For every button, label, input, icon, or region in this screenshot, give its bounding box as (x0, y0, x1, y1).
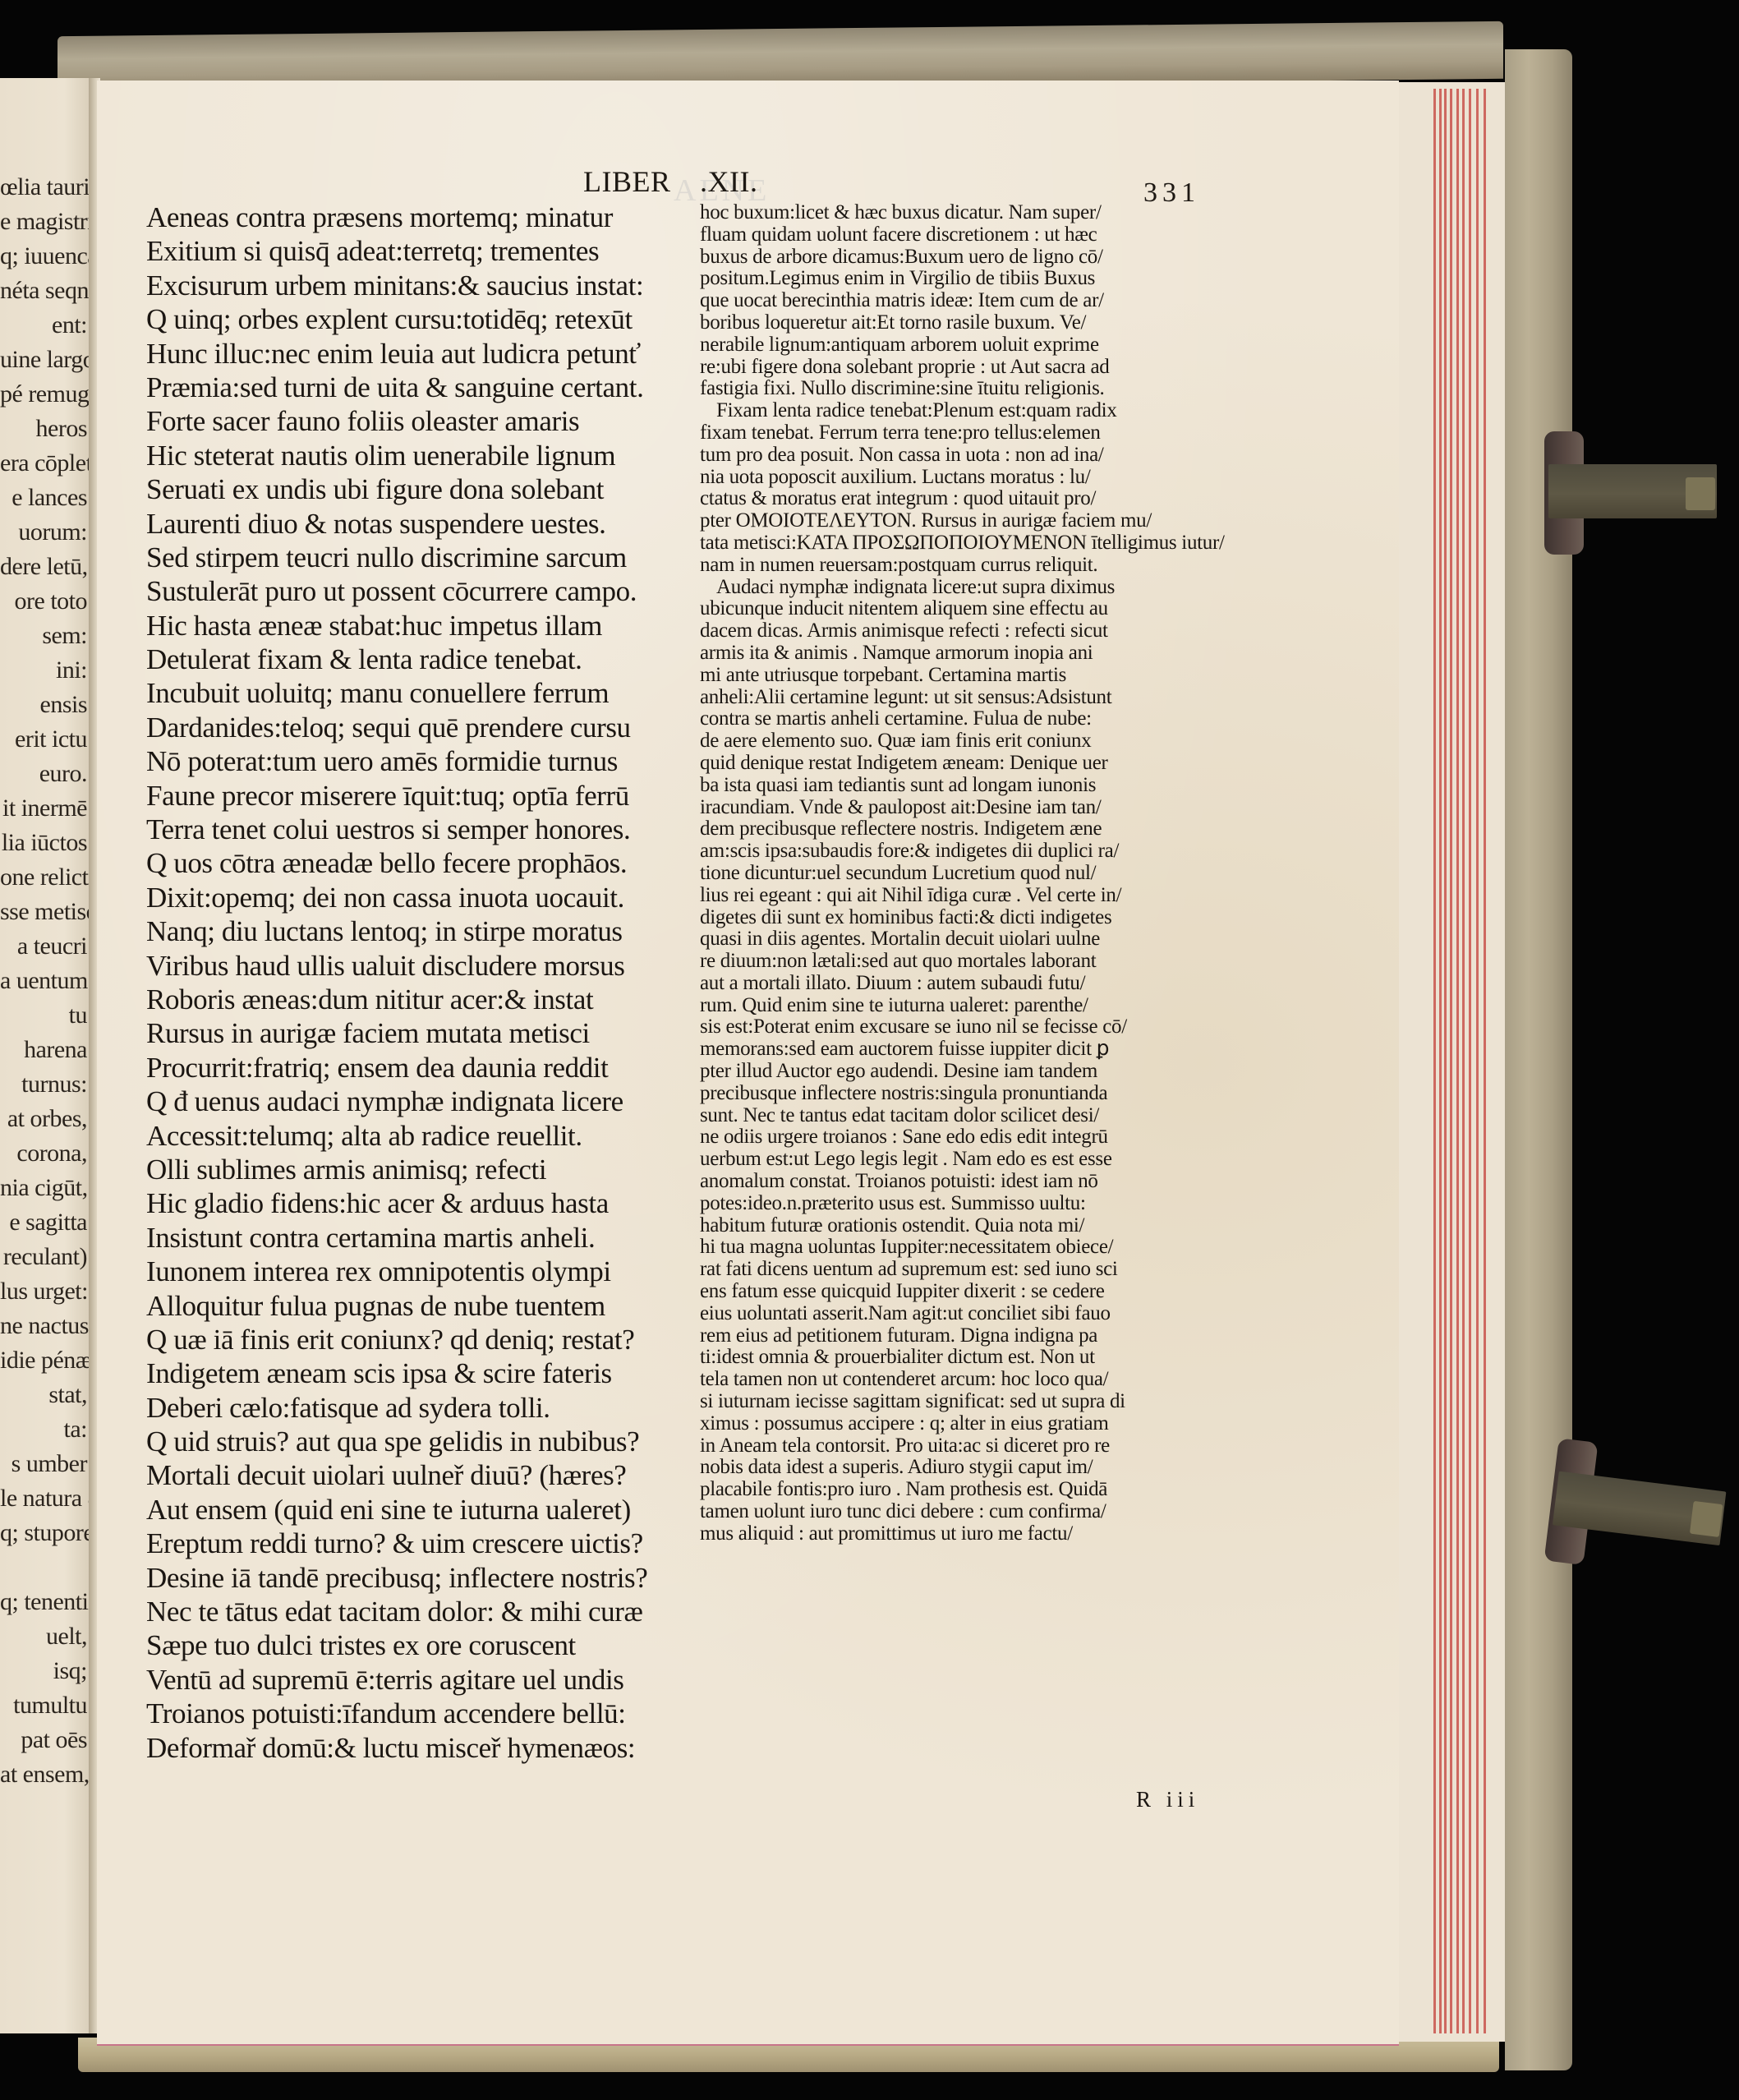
facing-page-line: nia cigūt, (0, 1171, 92, 1205)
verse-line: Sed stirpem teucri nullo discrimine sarc… (146, 541, 705, 574)
commentary-line: ba ista quasi iam tediantis sunt ad long… (700, 775, 1250, 797)
verse-line: Sustulerāt puro ut possent cōcurrere cam… (146, 574, 705, 608)
facing-page-line: pat oēs (0, 1723, 92, 1757)
commentary-line: hoc buxum:licet & hæc buxus dicatur. Nam… (700, 202, 1250, 224)
verse-line: Q uæ iā finis erit coniunx? qd deniq; re… (146, 1323, 705, 1356)
commentary-line: am:scis ipsa:subaudis fore:& indigetes d… (700, 840, 1250, 863)
commentary-line: ens fatum esse quicquid Iuppiter dixerit… (700, 1281, 1250, 1303)
commentary-line: precibusque inflectere nostris:singula p… (700, 1083, 1250, 1105)
verse-line: Desine iā tandē precibusq; inflectere no… (146, 1561, 705, 1595)
red-edge-stripe (1484, 89, 1486, 2033)
red-edge-stripe (1462, 89, 1465, 2033)
commentary-line: tela tamen non ut contenderet arcum: hoc… (700, 1369, 1250, 1391)
facing-page-line: uorum: (0, 515, 92, 550)
verse-line: Viribus haud ullis ualuit discludere mor… (146, 949, 705, 983)
verse-line: Seruati ex undis ubi figure dona soleban… (146, 472, 705, 506)
verse-line: Excisurum urbem minitans:& saucius insta… (146, 269, 705, 302)
commentary-line: ubicunque inducit nitentem aliquem sine … (700, 598, 1250, 620)
commentary-line: fluam quidam uolunt facere discretionem … (700, 224, 1250, 246)
running-head-book: .XII. (700, 165, 757, 198)
running-head: LIBER .XII. (583, 164, 757, 199)
verse-line: Nō poterat:tum uero amēs formidie turnus (146, 744, 705, 778)
commentary-line: pter ΟΜΟΙΟΤΕΛΕΥΤΟΝ. Rursus in aurigæ fac… (700, 510, 1250, 532)
facing-page: œlia taurie magistri,q; iuuencanéta seqn… (0, 78, 92, 2033)
commentary-line: buxus de arbore dicamus:Buxum uero de li… (700, 246, 1250, 269)
verse-line: Q uinq; orbes explent cursu:totidēq; ret… (146, 302, 705, 336)
verse-line: Hic hasta æneæ stabat:huc impetus illam (146, 609, 705, 642)
verse-line: Deberi cælo:fatisque ad sydera tolli. (146, 1391, 705, 1425)
page-block-fore-edge (1398, 82, 1505, 2042)
verse-line: Dixit:opemq; dei non cassa inuota uocaui… (146, 881, 705, 914)
commentary-line: memorans:sed eam auctorem fuisse iuppite… (700, 1038, 1250, 1061)
facing-page-line: tumultu (0, 1688, 92, 1723)
verse-line: Hunc illuc:nec enim leuia aut ludicra pe… (146, 337, 705, 371)
facing-page-line: isq; (0, 1654, 92, 1688)
commentary-line: si iuturnam iecisse sagittam significat:… (700, 1391, 1250, 1413)
verse-line: Rursus in aurigæ faciem mutata metisci (146, 1016, 705, 1050)
commentary-column: hoc buxum:licet & hæc buxus dicatur. Nam… (700, 202, 1250, 1545)
facing-page-line: dere letū, (0, 550, 92, 584)
commentary-line: nia uota poposcit auxilium. Luctans mora… (700, 467, 1250, 489)
commentary-line: aut a mortali illato. Diuum : autem suba… (700, 973, 1250, 995)
commentary-line: sunt. Nec te tantus edat tacitam dolor s… (700, 1105, 1250, 1127)
commentary-line: digetes dii sunt ex hominibus facti:& di… (700, 907, 1250, 929)
verse-line: Procurrit:fratriq; ensem dea daunia redd… (146, 1051, 705, 1085)
commentary-line: fixam tenebat. Ferrum terra tene:pro tel… (700, 422, 1250, 444)
verse-line: Præmia:sed turni de uita & sanguine cert… (146, 371, 705, 404)
running-head-title: LIBER (583, 165, 671, 198)
verse-line: Hic steterat nautis olim uenerabile lign… (146, 439, 705, 472)
facing-page-line: erit ictu (0, 722, 92, 757)
facing-page-line: corona, (0, 1136, 92, 1171)
commentary-line: anheli:Alii certamine legunt: ut sit sen… (700, 687, 1250, 709)
red-edge-stripe (1476, 89, 1479, 2033)
facing-page-line: at orbes, (0, 1102, 92, 1136)
commentary-line: anomalum constat. Troianos potuisti: ide… (700, 1171, 1250, 1193)
binding-fore-edge-board (1505, 49, 1572, 2070)
commentary-line: pter illud Auctor ego audendi. Desine ia… (700, 1061, 1250, 1083)
verse-line: Ereptum reddi turno? & uim crescere uict… (146, 1527, 705, 1560)
verse-line: Accessit:telumq; alta ab radice reuellit… (146, 1119, 705, 1153)
facing-page-line: at ensem, (0, 1757, 92, 1792)
facing-page-line: néta seqnt, (0, 274, 92, 308)
facing-page-line: ensis (0, 688, 92, 722)
commentary-line: tata metisci:ΚΑΤΑ ΠΡΟΣΩΠΟΠΟΙΟΥΜΕΝΟΝ ītel… (700, 532, 1250, 555)
facing-page-line: e sagitta (0, 1205, 92, 1240)
commentary-line: nerabile lignum:antiquam arborem uoluit … (700, 334, 1250, 357)
red-edge-stripe (1439, 89, 1442, 2033)
commentary-line: tamen uolunt iuro tunc dici debere : cum… (700, 1501, 1250, 1523)
commentary-line: iracundiam. Vnde & paulopost ait:Desine … (700, 797, 1250, 819)
verse-line: Iunonem interea rex omnipotentis olympi (146, 1255, 705, 1288)
commentary-line: rem eius ad petitionem futuram. Digna in… (700, 1325, 1250, 1347)
verse-line: Alloquitur fulua pugnas de nube tuentem (146, 1289, 705, 1323)
commentary-line: Audaci nymphæ indignata licere:ut supra … (700, 577, 1250, 599)
commentary-line: mus aliquid : aut promittimus ut iuro me… (700, 1523, 1250, 1545)
commentary-line: nobis data idest a superis. Adiuro stygi… (700, 1457, 1250, 1479)
commentary-line: lius rei egeant : qui ait Nihil īdiga cu… (700, 885, 1250, 907)
commentary-line: dacem dicas. Armis animisque refecti : r… (700, 620, 1250, 642)
signature-mark: R iii (1136, 1787, 1199, 1812)
verse-line: Nanq; diu luctans lentoq; in stirpe mora… (146, 914, 705, 948)
verse-line: Deformař domū:& luctu misceř hymenæos: (146, 1731, 705, 1765)
commentary-line: potes:ideo.n.præterito usus est. Summiss… (700, 1193, 1250, 1215)
facing-page-line: sse metisci, (0, 895, 92, 929)
red-edge-stripe (1450, 89, 1452, 2033)
commentary-line: re:ubi figere dona solebant proprie : ut… (700, 357, 1250, 379)
verse-line: Insistunt contra certamina martis anheli… (146, 1221, 705, 1255)
facing-page-line: ore toto (0, 584, 92, 619)
commentary-line: sis est:Poterat enim excusare se iuno ni… (700, 1016, 1250, 1038)
facing-page-line: tu (0, 998, 92, 1033)
facing-page-line: era cōplet: (0, 446, 92, 481)
commentary-line: quasi in diis agentes. Mortalin decuit u… (700, 928, 1250, 951)
facing-page-line: q; stupore, (0, 1516, 92, 1550)
verse-line: Troianos potuisti:īfandum accendere bell… (146, 1697, 705, 1730)
facing-page-line: harena (0, 1033, 92, 1067)
facing-page-line: a uentum (0, 964, 92, 998)
commentary-line: ctatus & moratus erat integrum : quod ui… (700, 488, 1250, 510)
commentary-line: dem precibusque reflectere nostris. Indi… (700, 818, 1250, 840)
verse-line: Ventū ad supremū ē:terris agitare uel un… (146, 1663, 705, 1697)
commentary-line: boribus loqueretur ait:Et torno rasile b… (700, 312, 1250, 334)
verse-line: Mortali decuit uiolari uulneř diuū? (hær… (146, 1458, 705, 1492)
commentary-line: habitum futuræ orationis ostendit. Quia … (700, 1215, 1250, 1237)
verse-line: Indigetem æneam scis ipsa & scire fateri… (146, 1356, 705, 1390)
verse-line: Incubuit uoluitq; manu conuellere ferrum (146, 676, 705, 710)
facing-page-line: turnus: (0, 1067, 92, 1102)
verse-column: Aeneas contra præsens mortemq; minaturEx… (146, 200, 705, 1765)
verse-line: Hic gladio fidens:hic acer & arduus hast… (146, 1186, 705, 1220)
book-photograph: œlia taurie magistri,q; iuuencanéta seqn… (0, 0, 1739, 2100)
facing-page-line: ta: (0, 1412, 92, 1447)
clasp-tip (1690, 1501, 1723, 1537)
commentary-line: quid denique restat Indigetem æneam: Den… (700, 753, 1250, 775)
facing-page-line: sem: (0, 619, 92, 653)
verse-line: Aut ensem (quid eni sine te iuturna uale… (146, 1493, 705, 1527)
facing-page-line: e lances (0, 481, 92, 515)
facing-page-line: one relicto (0, 860, 92, 895)
verse-line: Faune precor miserere īquit:tuq; optīa f… (146, 779, 705, 813)
facing-page-line: q; tenenti (0, 1585, 92, 1619)
clasp-tip (1686, 477, 1715, 510)
verse-line: Laurenti diuo & notas suspendere uestes. (146, 507, 705, 541)
facing-page-line: idie pénæ (0, 1343, 92, 1378)
verse-line: Exitium si quisq̄ adeat:terretq; trement… (146, 234, 705, 268)
commentary-line: tum pro dea posuit. Non cassa in uota : … (700, 444, 1250, 467)
commentary-line: armis ita & animis . Namque armorum inop… (700, 642, 1250, 665)
verse-line: Q uid struis? aut qua spe gelidis in nub… (146, 1425, 705, 1458)
verse-line: Q đ uenus audaci nymphæ indignata licere (146, 1085, 705, 1118)
facing-page-line: a teucri (0, 929, 92, 964)
verse-line: Roboris æneas:dum nititur acer:& instat (146, 983, 705, 1016)
red-edge-stripe (1456, 89, 1459, 2033)
verse-line: Q uos cōtra æneadæ bello fecere prophāos… (146, 846, 705, 880)
commentary-line: uerbum est:ut Lego legis legit . Nam edo… (700, 1149, 1250, 1171)
commentary-line: tione dicuntur:uel secundum Lucretium qu… (700, 863, 1250, 885)
facing-page-line: œlia tauri (0, 170, 92, 205)
facing-page-line: q; iuuenca (0, 239, 92, 274)
commentary-line: que uocat berecinthia matris ideæ: Item … (700, 290, 1250, 312)
commentary-line: ximus : possumus accipere : q; alter in … (700, 1413, 1250, 1435)
commentary-line: in Aneam tela contorsit. Pro uita:ac si … (700, 1435, 1250, 1458)
facing-page-line: ini: (0, 653, 92, 688)
facing-page-text: œlia taurie magistri,q; iuuencanéta seqn… (0, 170, 92, 1792)
commentary-line: nam in numen reuersam:postquam currus re… (700, 555, 1250, 577)
facing-page-line: s umber (0, 1447, 92, 1481)
red-edge-stripe (1444, 89, 1447, 2033)
facing-page-line: ne nactus (0, 1309, 92, 1343)
verse-line: Forte sacer fauno foliis oleaster amaris (146, 404, 705, 438)
commentary-line: placabile fontis:pro iuro . Nam prothesi… (700, 1479, 1250, 1501)
commentary-line: re diuum:non lætali:sed aut quo mortales… (700, 951, 1250, 973)
facing-page-line: ent: (0, 308, 92, 343)
commentary-line: mi ante utriusque torpebant. Certamina m… (700, 665, 1250, 687)
commentary-line: rum. Quid enim sine te iuturna ualeret: … (700, 995, 1250, 1017)
facing-page-line: heros (0, 412, 92, 446)
commentary-line: contra se martis anheli certamine. Fulua… (700, 708, 1250, 730)
commentary-line: de aere elemento suo. Quæ iam finis erit… (700, 730, 1250, 753)
verse-line: Olli sublimes armis animisq; refecti (146, 1153, 705, 1186)
verse-line: Nec te tātus edat tacitam dolor: & mihi … (146, 1595, 705, 1628)
commentary-line: fastigia fixi. Nullo discrimine:sine ītu… (700, 378, 1250, 400)
commentary-line: rat fati dicens uentum ad supremum est: … (700, 1259, 1250, 1281)
verse-line: Sæpe tuo dulci tristes ex ore coruscent (146, 1628, 705, 1662)
commentary-line: hi tua magna uoluntas Iuppiter:necessita… (700, 1237, 1250, 1259)
facing-page-line: e magistri, (0, 205, 92, 239)
commentary-line: ne odiis urgere troianos : Sane edo edis… (700, 1126, 1250, 1149)
facing-page-line: lia iūctos (0, 826, 92, 860)
facing-page-line: euro. (0, 757, 92, 791)
facing-page-line (0, 1550, 92, 1585)
facing-page-line: pé remugit: (0, 377, 92, 412)
verse-line: Aeneas contra præsens mortemq; minatur (146, 200, 705, 234)
verse-line: Detulerat fixam & lenta radice tenebat. (146, 642, 705, 676)
facing-page-line: reculant) (0, 1240, 92, 1274)
commentary-line: ti:idest omnia & prouerbialiter dictum e… (700, 1347, 1250, 1369)
facing-page-line: uelt, (0, 1619, 92, 1654)
facing-page-line: stat, (0, 1378, 92, 1412)
commentary-line: eius uoluntati asserit.Nam agit:ut conci… (700, 1303, 1250, 1325)
commentary-line: positum.Legimus enim in Virgilio de tibi… (700, 268, 1250, 290)
red-edge-stripe (1469, 89, 1471, 2033)
commentary-line: Fixam lenta radice tenebat:Plenum est:qu… (700, 400, 1250, 422)
facing-page-line: it inermē (0, 791, 92, 826)
facing-page-line: lus urget: (0, 1274, 92, 1309)
red-edge-stripe (1433, 89, 1436, 2033)
verse-line: Terra tenet colui uestros si semper hono… (146, 813, 705, 846)
verse-line: Dardanides:teloq; sequi quē prendere cur… (146, 711, 705, 744)
facing-page-line: le natura & (0, 1481, 92, 1516)
facing-page-line: uine largo (0, 343, 92, 377)
